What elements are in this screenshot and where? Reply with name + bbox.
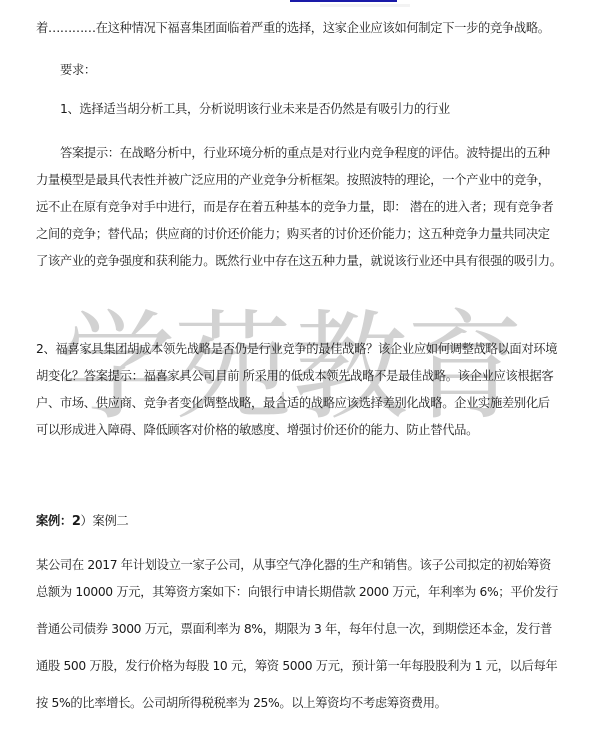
question-2-line: 2、福喜家具集团胡成本领先战略是否仍是行业竞争的最佳战略？该企业应如何调整战略以…: [36, 341, 557, 357]
case-2-body-line: 总额为 10000 万元，其筹资方案如下：向银行申请长期借款 2000 万元，年…: [36, 584, 558, 600]
answer-1-line: 答案提示：在战略分析中，行业环境分析的重点是对行业内竞争程度的评估。波特提出的五…: [60, 145, 550, 161]
intro-line: 着…………在这种情况下福喜集团面临着严重的选择，这家企业应该如何制定下一步的竞争…: [36, 20, 550, 36]
requirements-label: 要求：: [60, 62, 96, 78]
question-1: 1、选择适当胡分析工具，分析说明该行业未来是否仍然是有吸引力的行业: [60, 101, 450, 117]
case-2-body-line: 普通公司债券 3000 万元，票面利率为 8%，期限为 3 年，每年付息一次，到…: [36, 621, 552, 637]
question-2-line: 胡变化？答案提示：福喜家具公司目前 所采用的低成本领先战略不是最佳战略。该企业应…: [36, 368, 553, 384]
case-number: 2: [72, 514, 81, 529]
answer-1-line: 了该产业的竞争强度和获利能力。既然行业中存在这五种力量，就说该行业还中具有很强的…: [36, 253, 562, 269]
case-2-body-line: 通股 500 万股，发行价格为每股 10 元，筹资 5000 万元，预计第一年每…: [36, 658, 557, 674]
case-title: ）案例二: [81, 514, 129, 528]
answer-1-line: 远不止在原有竞争对手中进行，而是存在着五种基本的竞争力量，即： 潜在的进入者；现…: [36, 199, 553, 215]
question-2-line: 户、市场、供应商、竞争者变化调整战略，最合适的战略应该选择差别化战略。企业实施差…: [36, 395, 550, 411]
document-body: 着…………在这种情况下福喜集团面临着严重的选择，这家企业应该如何制定下一步的竞争…: [0, 0, 595, 737]
case-2-heading: 案例：2）案例二: [36, 513, 128, 530]
question-2-line: 可以形成进入障碍、降低顾客对价格的敏感度、增强讨价还价的能力、防止替代品。: [36, 422, 478, 438]
case-2-body-line: 按 5%的比率增长。公司胡所得税税率为 25%。以上筹资均不考虑筹资费用。: [36, 695, 447, 711]
answer-1-line: 之间的竞争；替代品；供应商的讨价还价能力；购买者的讨价还价能力；这五种竞争力量共…: [36, 226, 550, 242]
answer-1-line: 力量模型是最具代表性并被广泛应用的产业竞争分析框架。按照波特的理论，一个产业中的…: [36, 172, 550, 188]
case-2-body-line: 某公司在 2017 年计划设立一家子公司，从事空气净化器的生产和销售。该子公司拟…: [36, 557, 551, 573]
case-label: 案例：: [36, 514, 72, 528]
